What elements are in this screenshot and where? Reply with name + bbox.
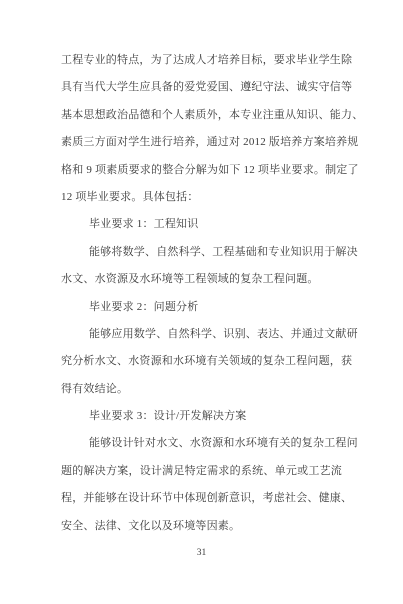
text-line: 题的解决方案，设计满足特定需求的系统、单元或工艺流	[61, 458, 342, 485]
heading-requirement-3: 毕业要求 3：设计/开发解决方案	[61, 403, 342, 430]
document-page: 工程专业的特点，为了达成人才培养目标，要求毕业学生除 具有当代大学生应具备的爱党…	[0, 0, 403, 604]
text-line: 素质三方面对学生进行培养，通过对 2012 版培养方案培养规	[61, 129, 342, 156]
text-line: 基本思想政治品德和个人素质外，本专业注重从知识、能力、	[61, 102, 342, 129]
heading-requirement-2: 毕业要求 2：问题分析	[61, 294, 342, 321]
text-line: 程，并能够在设计环节中体现创新意识，考虑社会、健康、	[61, 485, 342, 512]
text-line: 能够应用数学、自然科学、识别、表达、并通过文献研	[61, 321, 342, 348]
text-line: 水文、水资源及水环境等工程领域的复杂工程问题。	[61, 266, 342, 293]
text-line: 能够设计针对水文、水资源和水环境有关的复杂工程问	[61, 430, 342, 457]
text-line: 得有效结论。	[61, 376, 342, 403]
text-line: 格和 9 项素质要求的整合分解为如下 12 项毕业要求。制定了	[61, 157, 342, 184]
page-number: 31	[0, 548, 403, 558]
text-line: 工程专业的特点，为了达成人才培养目标，要求毕业学生除	[61, 47, 342, 74]
text-line: 安全、法律、文化以及环境等因素。	[61, 513, 342, 540]
text-line: 具有当代大学生应具备的爱党爱国、遵纪守法、诚实守信等	[61, 74, 342, 101]
page-body-text: 工程专业的特点，为了达成人才培养目标，要求毕业学生除 具有当代大学生应具备的爱党…	[61, 47, 342, 540]
text-line: 12 项毕业要求。具体包括：	[61, 184, 342, 211]
text-line: 能够将数学、自然科学、工程基础和专业知识用于解决	[61, 239, 342, 266]
text-line: 究分析水文、水资源和水环境有关领域的复杂工程问题，获	[61, 348, 342, 375]
heading-requirement-1: 毕业要求 1：工程知识	[61, 211, 342, 238]
